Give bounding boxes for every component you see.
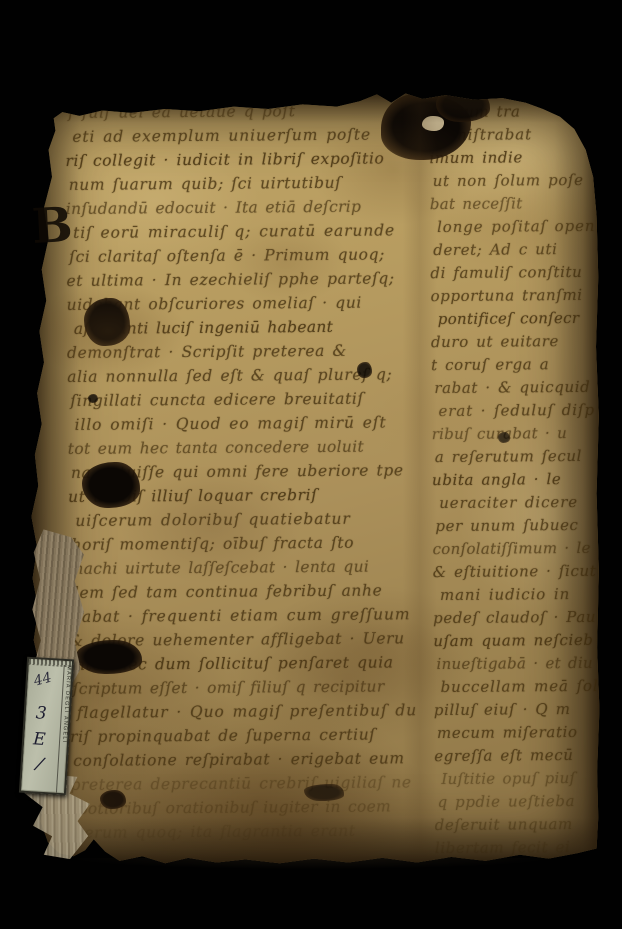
ink-spot — [357, 362, 372, 378]
tear-hole — [304, 784, 344, 801]
manuscript-text-line: duro ut euitare — [431, 330, 597, 354]
manuscript-text-line: ribuſ curabat · u — [432, 422, 598, 446]
manuscript-text-line: ut non ſolum poſe — [430, 169, 596, 193]
manuscript-text-line: demonſtrat · Scripſit preterea & — [67, 338, 427, 365]
parchment-page: ſ ſuiſ uel ea uetauē q poſteti ad exempl… — [28, 92, 600, 864]
manuscript-photo: ſ ſuiſ uel ea uetauē q poſteti ad exempl… — [0, 0, 622, 929]
manuscript-text-line: preterea deprecantiū crebriſ uigiliaſ ne — [70, 770, 430, 797]
manuscript-text-line: t coruſ erga a — [431, 353, 597, 377]
manuscript-text-line: libertam fecit ei — [435, 836, 601, 859]
manuscript-text-line: tiſ eorū miraculiſ q; curatū earunde — [66, 218, 426, 245]
manuscript-text-line: uiſcerum doloribuſ quatiebatur — [68, 506, 428, 533]
manuscript-text-line: conſolatiſſimum · le — [432, 537, 598, 561]
manuscript-text-line: inſudandū edocuit · Ita etiā deſcrip — [66, 194, 426, 221]
manuscript-text-line: et ultima · In ezechieliſ pphe parteſq; — [66, 266, 426, 293]
manuscript-text-line: egreſſa eſt mecū — [434, 744, 600, 768]
manuscript-text-line: mecum miſeratio — [434, 721, 600, 745]
manuscript-text-line: & eſtiuitione · ſicut — [433, 560, 599, 584]
label-handwritten-number: 3 — [35, 703, 47, 724]
manuscript-text-line: ubita angla · le — [432, 468, 598, 492]
wormhole — [82, 462, 140, 508]
manuscript-text-line: opportuna tranſmi — [430, 284, 596, 308]
manuscript-text-line: ueraciter dicere — [432, 491, 598, 515]
manuscript-text-line: uerum quoq; ita flagrantia erant — [71, 818, 431, 845]
manuscript-text-line: ſcriptum eſſet · omiſ filiuſ q recipitur — [70, 674, 430, 701]
label-handwritten-number: 44 — [32, 670, 53, 690]
manuscript-text-line: ſci claritaſ oſtenſa ē · Primum quoq; — [66, 242, 426, 269]
manuscript-text-line: ſingillati cuncta edicere breuitatiſ — [67, 386, 427, 413]
manuscript-text-line: deſeruit unquam — [435, 813, 601, 837]
ink-spot — [88, 394, 98, 403]
manuscript-text-line: pontificeſ conſecr — [431, 307, 597, 331]
manuscript-text-line: flagellatur · Quo magiſ preſentibuſ du — [70, 698, 430, 725]
manuscript-text-line: labat · frequenti etiam cum greſſuum — [69, 602, 429, 629]
manuscript-text-line: per unum ſubuec — [432, 514, 598, 538]
manuscript-text-line: eti ad exemplum uniuerſum poſte — [65, 122, 425, 149]
repair-patch — [422, 116, 444, 131]
label-handwritten-letter: E — [33, 729, 47, 750]
manuscript-text-line: deret; Ad c uti — [430, 238, 596, 262]
wormhole — [100, 790, 126, 809]
manuscript-text-line: machi uirtute laſſeſcebat · lenta qui — [69, 554, 429, 581]
manuscript-text-line: a reſerutum ſecul — [432, 445, 598, 469]
right-text-column: ui cum traminiſtrabatimum indieut non ſo… — [429, 100, 601, 859]
manuscript-text-line: tot eum hec tanta concedere uoluit — [68, 434, 428, 461]
manuscript-text-line: longe poſitaſ open — [430, 215, 596, 239]
manuscript-text-line: horiſ momentiſq; oībuſ fracta ſto — [68, 530, 428, 557]
manuscript-text-line: illo omiſi · Quod eo magiſ mirū eſt — [67, 410, 427, 437]
manuscript-text-line: buccellam meā ſolu — [434, 675, 600, 699]
manuscript-text-line: Iuſtitie opuſ piuſ — [434, 767, 600, 791]
manuscript-text-line: num ſuarum quib; ſci uirtutibuſ — [66, 170, 426, 197]
manuscript-text-line: pedeſ claudoſ · Pau — [433, 606, 599, 630]
manuscript-text-line: bat neceſſit — [430, 192, 596, 216]
manuscript-text-line: uſam quam neſcieb — [433, 629, 599, 653]
manuscript-text-line: di famuliſ conſtitu — [430, 261, 596, 285]
manuscript-text-line: dem ſed tam continua febribuſ anhe — [69, 578, 429, 605]
manuscript-text-line: q ppdie ueſtieba — [434, 790, 600, 814]
manuscript-text-line: erat · ſeduluſ diſp — [431, 399, 597, 423]
wormhole — [76, 640, 142, 674]
manuscript-text-line: inueſtigabā · et diu — [433, 652, 599, 676]
archival-label: MARIA DEGLI ANGELI 44 3 E / — [19, 657, 74, 796]
manuscript-text-line: alia nonnulla ſed eſt & quaſ plureſ q; — [67, 362, 427, 389]
manuscript-text-line: riſ propinquabat de ſuperna certiuſ — [70, 722, 430, 749]
manuscript-text-line: conſolatione reſpirabat · erigebat eum — [70, 746, 430, 773]
marginal-initial-letter: B — [31, 201, 74, 251]
ink-spot — [498, 432, 510, 443]
manuscript-text-line: rabat · & quicquid — [431, 376, 597, 400]
manuscript-text-line: mani iudicio in — [433, 583, 599, 607]
wormhole — [84, 298, 130, 346]
label-handwritten-mark: / — [34, 753, 45, 775]
manuscript-text-line: riſ collegit · iudicit in libriſ expoſit… — [65, 146, 425, 173]
manuscript-text-line: pilluſ eiuſ · Q m — [434, 698, 600, 722]
torn-damage-top — [436, 88, 490, 122]
